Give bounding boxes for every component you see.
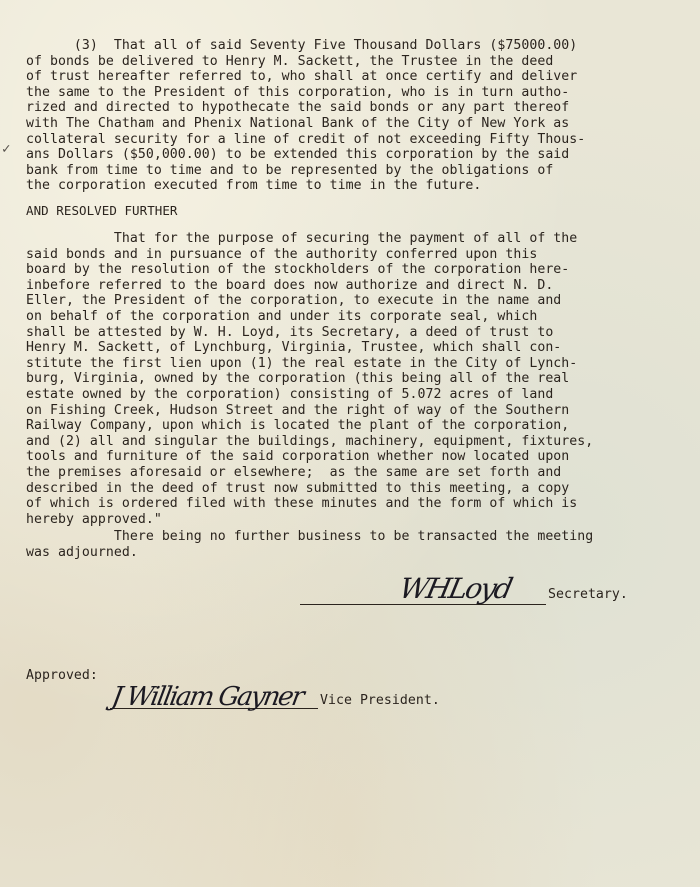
text-line: ans Dollars ($50,000.00) to be extended … bbox=[26, 147, 585, 163]
text-line: hereby approved." bbox=[26, 512, 593, 528]
paragraph-adjournment: There being no further business to be tr… bbox=[26, 529, 593, 560]
margin-check-mark: ✓ bbox=[2, 141, 10, 157]
text-line: burg, Virginia, owned by the corporation… bbox=[26, 371, 593, 387]
paragraph-resolved-further: That for the purpose of securing the pay… bbox=[26, 231, 593, 527]
document-page: ✓ (3) That all of said Seventy Five Thou… bbox=[0, 0, 700, 887]
text-line: the same to the President of this corpor… bbox=[26, 85, 585, 101]
text-line: rized and directed to hypothecate the sa… bbox=[26, 100, 585, 116]
paragraph-resolution-3: (3) That all of said Seventy Five Thousa… bbox=[26, 38, 585, 194]
text-line: of trust hereafter referred to, who shal… bbox=[26, 69, 585, 85]
text-line: on behalf of the corporation and under i… bbox=[26, 309, 593, 325]
text-line: inbefore referred to the board does now … bbox=[26, 278, 593, 294]
secretary-signature: WHLoyd bbox=[396, 572, 513, 605]
text-line: collateral security for a line of credit… bbox=[26, 132, 585, 148]
text-line: said bonds and in pursuance of the autho… bbox=[26, 247, 593, 263]
text-line: bank from time to time and to be represe… bbox=[26, 163, 585, 179]
text-line: (3) That all of said Seventy Five Thousa… bbox=[26, 38, 585, 54]
text-line: was adjourned. bbox=[26, 545, 593, 561]
text-line: Eller, the President of the corporation,… bbox=[26, 293, 593, 309]
text-line: of bonds be delivered to Henry M. Sacket… bbox=[26, 54, 585, 70]
text-line: Railway Company, upon which is located t… bbox=[26, 418, 593, 434]
text-line: Henry M. Sackett, of Lynchburg, Virginia… bbox=[26, 340, 593, 356]
text-line: and (2) all and singular the buildings, … bbox=[26, 434, 593, 450]
text-line: of which is ordered filed with these min… bbox=[26, 496, 593, 512]
section-heading: AND RESOLVED FURTHER bbox=[26, 203, 178, 218]
approved-label: Approved: bbox=[26, 668, 98, 683]
text-line: There being no further business to be tr… bbox=[26, 529, 593, 545]
text-line: That for the purpose of securing the pay… bbox=[26, 231, 593, 247]
text-line: stitute the first lien upon (1) the real… bbox=[26, 356, 593, 372]
text-line: tools and furniture of the said corporat… bbox=[26, 449, 593, 465]
text-line: the corporation executed from time to ti… bbox=[26, 178, 585, 194]
vice-president-signature: J William Gayner bbox=[109, 682, 304, 712]
text-line: the premises aforesaid or elsewhere; as … bbox=[26, 465, 593, 481]
text-line: board by the resolution of the stockhold… bbox=[26, 262, 593, 278]
text-line: estate owned by the corporation) consist… bbox=[26, 387, 593, 403]
text-line: on Fishing Creek, Hudson Street and the … bbox=[26, 403, 593, 419]
vice-president-title: Vice President. bbox=[320, 693, 440, 708]
secretary-title: Secretary. bbox=[548, 587, 628, 602]
text-line: shall be attested by W. H. Loyd, its Sec… bbox=[26, 325, 593, 341]
text-line: with The Chatham and Phenix National Ban… bbox=[26, 116, 585, 132]
text-line: described in the deed of trust now submi… bbox=[26, 481, 593, 497]
